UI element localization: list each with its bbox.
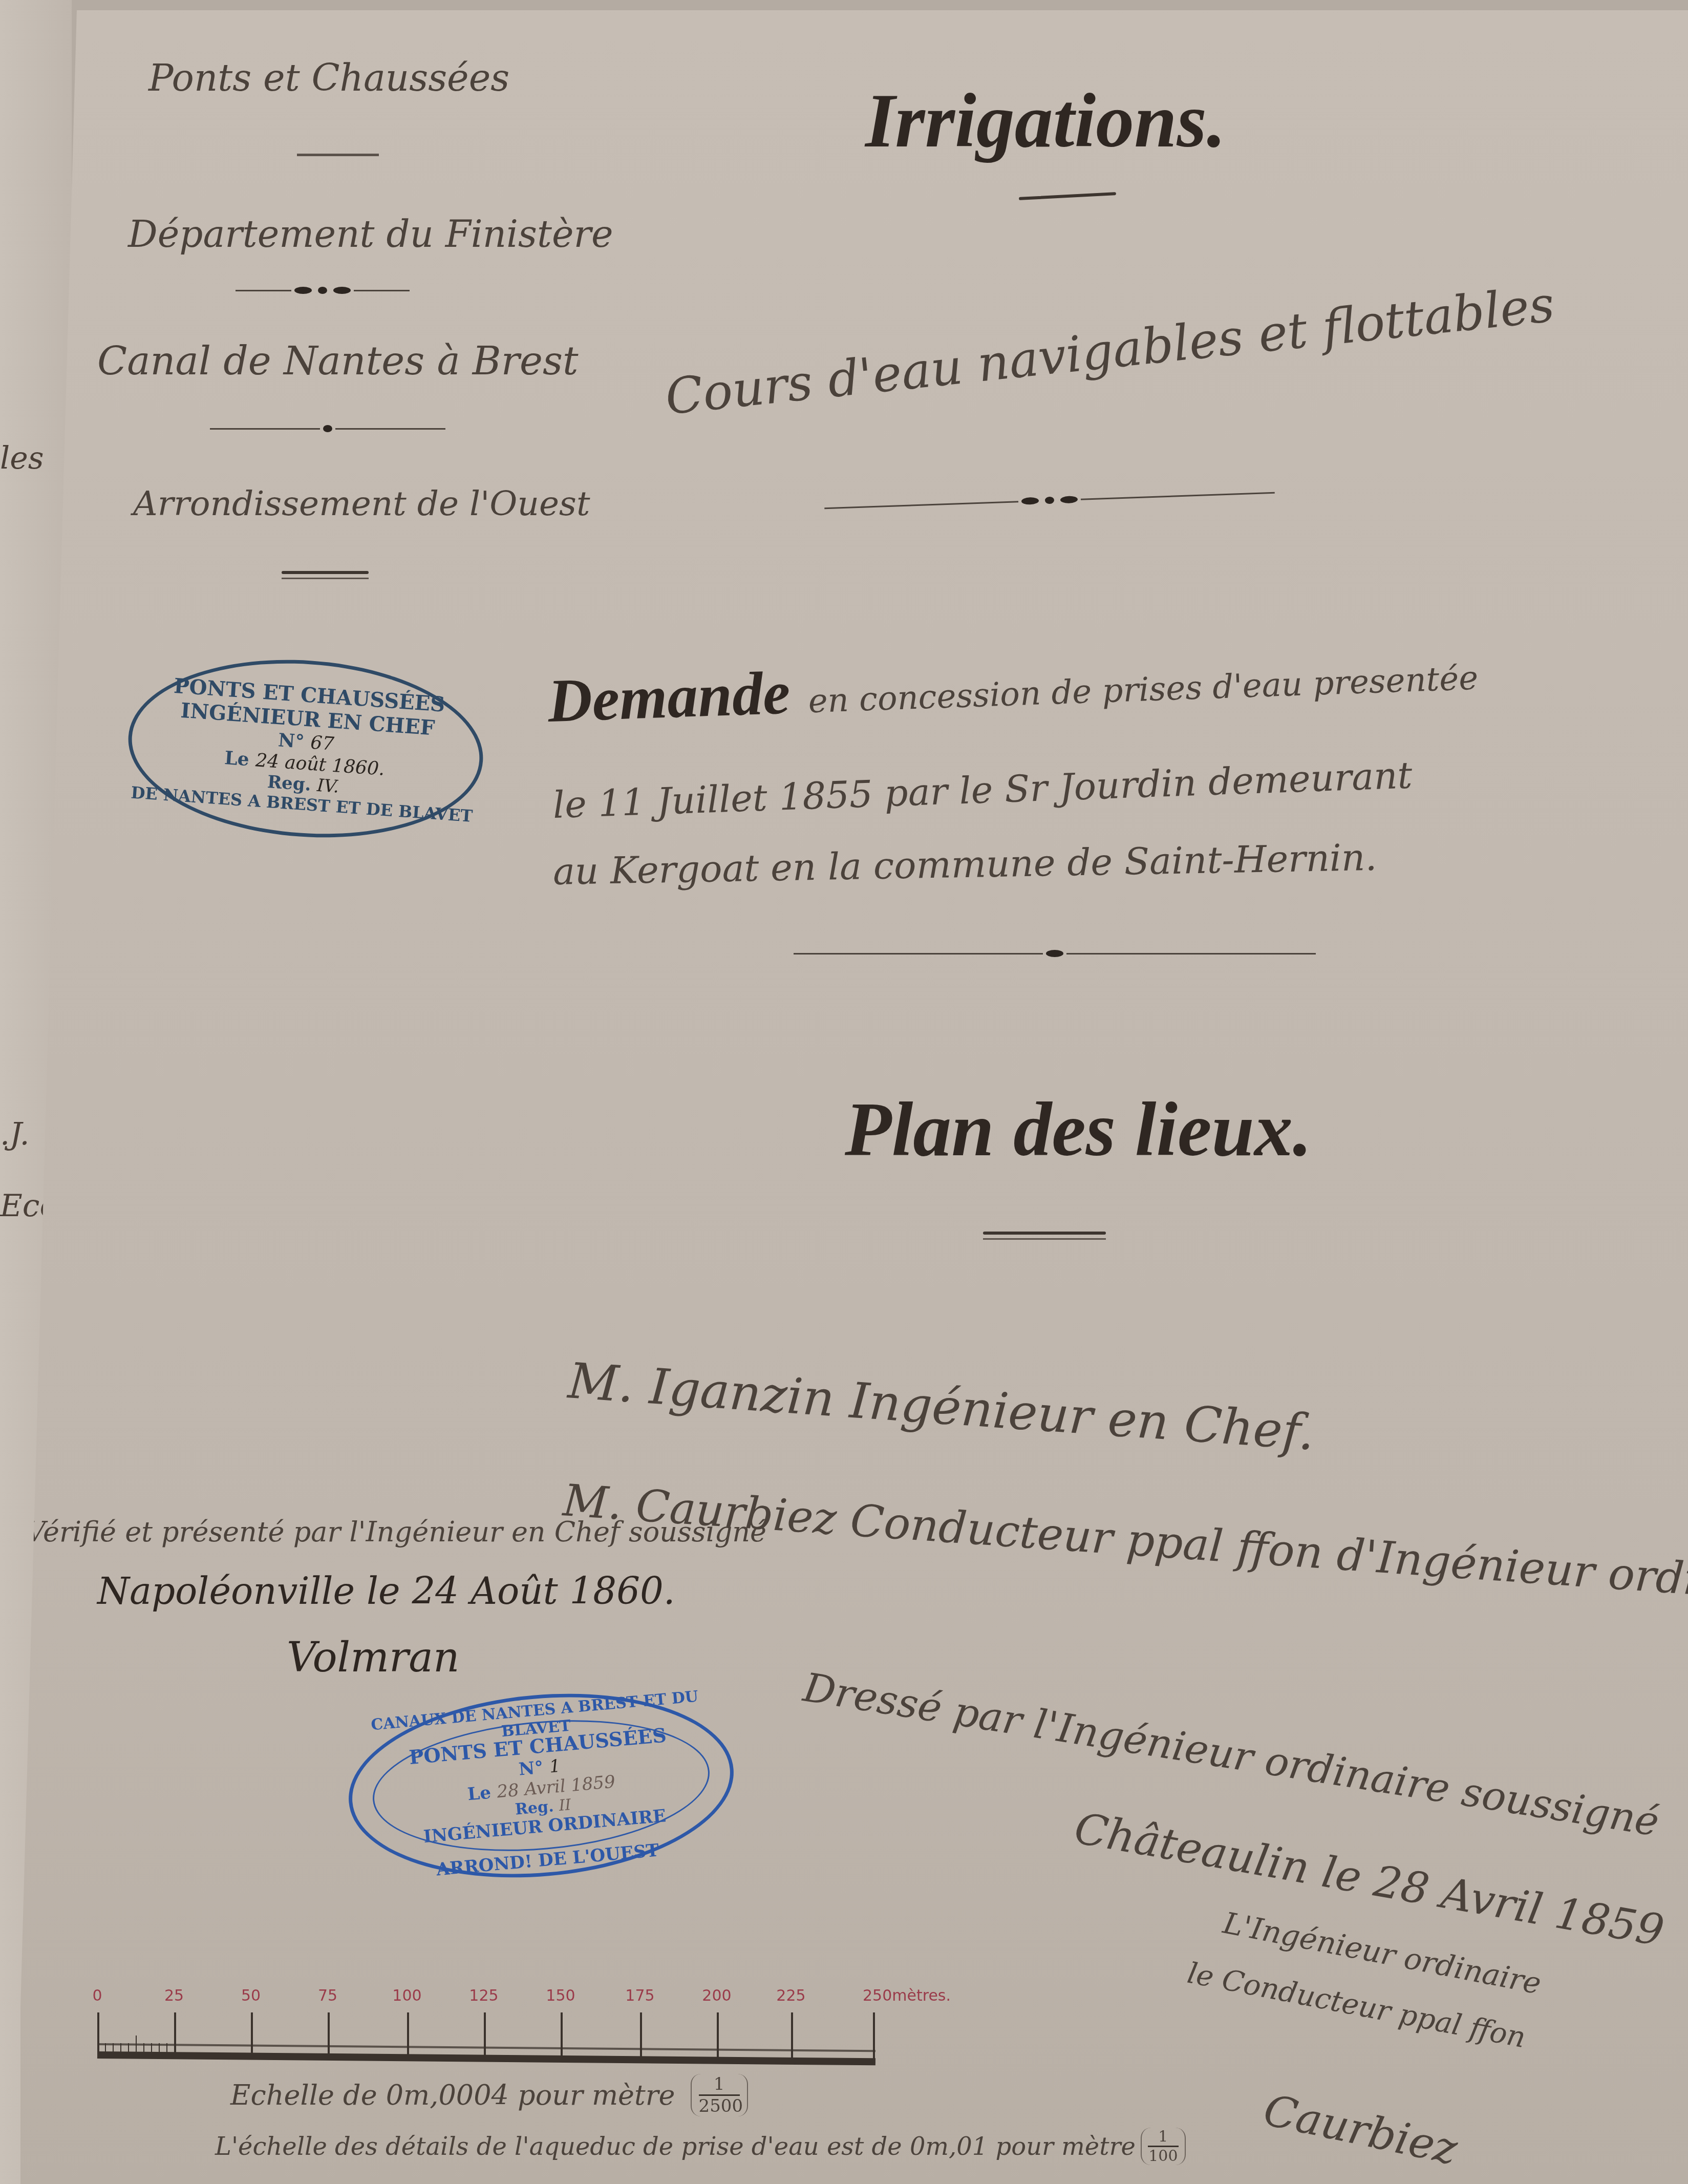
scale-subtick (105, 2043, 106, 2059)
request-line-3: au Kergoat en la commune de Saint-Hernin… (552, 836, 1377, 893)
scale-tick-label: 125 (468, 1987, 499, 2005)
fraction-numerator: 1 (714, 2074, 725, 2094)
scale-caption-1: Echelle de 0m,0004 pour mètre 1 2500 (230, 2074, 748, 2116)
scale-subtick (143, 2043, 144, 2059)
scale-fraction: 1 100 (1141, 2128, 1186, 2165)
scale-tick-label: 25 (159, 1987, 189, 2005)
request-line-1: Demande en concession de prises d'eau pr… (547, 633, 1479, 736)
underlying-text-fragment: .J. (0, 1116, 30, 1152)
scale-tick: 225 (791, 2012, 793, 2059)
plan-title: Plan des lieux. (845, 1086, 1312, 1174)
scale-tick: 125 (484, 2012, 486, 2059)
fraction-numerator: 1 (1158, 2128, 1168, 2146)
divider (297, 154, 379, 156)
double-divider-second (282, 578, 369, 579)
graphic-scale: 0 25 50 75 100 125 150 175 200 225 250mè… (97, 1997, 875, 2059)
double-divider (282, 571, 369, 574)
scale-caption-2: L'échelle des détails de l'aqueduc de pr… (215, 2128, 1186, 2165)
scale-tick: 50 (251, 2012, 253, 2059)
scale-tick-label: 225 (776, 1987, 806, 2005)
subtitle: Cours d'eau navigables et flottables (663, 275, 1557, 426)
ordinary-engineer-stamp: CANAUX DE NANTES A BREST ET DU BLAVET PO… (341, 1679, 741, 1893)
scale-subtick (113, 2043, 114, 2059)
fraction-denominator: 100 (1148, 2146, 1179, 2165)
scale-tick: 100 (407, 2012, 409, 2059)
ornament-divider (824, 489, 1275, 512)
request-text: en concession de prises d'eau presentée (807, 660, 1479, 721)
scale-caption-text: L'échelle des détails de l'aqueduc de pr… (215, 2132, 1136, 2161)
scale-caption-text: Echelle de 0m,0004 pour mètre (230, 2079, 675, 2111)
scale-bar-upper-line (97, 2043, 875, 2052)
ornament-divider (236, 287, 410, 294)
verification-place-date: Napoléonville le 24 Août 1860. (97, 1570, 675, 1613)
verification-text: Vérifié et présenté par l'Ingénieur en C… (26, 1516, 766, 1548)
scale-tick: 175 (640, 2012, 642, 2059)
title-underline (1019, 192, 1116, 200)
ornament-divider (210, 425, 445, 432)
scale-tick: 75 (328, 2012, 330, 2059)
stamp-number: 67 (310, 732, 335, 755)
scale-tick-label: 250mètres. (863, 1987, 965, 2005)
chief-engineer-signature: Volmran (287, 1634, 460, 1681)
scale-bar (97, 2051, 875, 2065)
ornament-divider (794, 950, 1316, 957)
request-line-2: le 11 Juillet 1855 par le Sr Jourdin dem… (552, 753, 1413, 826)
scale-subtick (166, 2043, 167, 2059)
scale-tick: 150 (561, 2012, 563, 2059)
department-label: Département du Finistère (128, 213, 613, 256)
scale-tick: 250mètres. (873, 2012, 875, 2059)
chief-engineer-stamp: PONTS ET CHAUSSÉES INGÉNIEUR EN CHEF N° … (122, 648, 489, 849)
document-page: Ponts et Chaussées Département du Finist… (20, 10, 1688, 2184)
scale-tick-label: 100 (392, 1987, 422, 2005)
stamp-reg-label: Reg. (267, 772, 312, 795)
plan-title-underline (983, 1232, 1106, 1235)
scale-subtick (159, 2043, 160, 2059)
scale-tick-label: 0 (82, 1987, 113, 2005)
scale-tick: 200 (717, 2012, 719, 2059)
canal-label: Canal de Nantes à Brest (97, 338, 579, 384)
underlying-text-fragment: les (0, 440, 44, 476)
drafted-by-text: Dressé par l'Ingénieur ordinaire soussig… (800, 1665, 1662, 1846)
scale-subtick (120, 2043, 121, 2059)
chief-engineer-line: M. Iganzin Ingénieur en Chef. (566, 1352, 1316, 1461)
scale-tick: 0 (97, 2012, 99, 2059)
stamp-number-label: N° (277, 729, 305, 752)
plan-title-underline-second (983, 1238, 1106, 1240)
conductor-signature: Caurbiez (1259, 2085, 1462, 2175)
scale-tick-label: 200 (701, 1987, 732, 2005)
scale-fraction: 1 2500 (691, 2074, 748, 2116)
scale-tick-label: 150 (545, 1987, 576, 2005)
administration-label: Ponts et Chaussées (148, 56, 509, 99)
stamp-reg-value: IV. (316, 775, 340, 797)
district-label: Arrondissement de l'Ouest (133, 484, 590, 523)
scale-subtick (128, 2043, 129, 2059)
scale-tick: 25 (174, 2012, 176, 2059)
scale-subtick (136, 2035, 137, 2059)
scale-tick-label: 175 (625, 1987, 655, 2005)
scale-subtick (151, 2043, 152, 2059)
document-title: Irrigations. (865, 77, 1226, 165)
request-heading: Demande (547, 659, 792, 735)
scale-tick-label: 50 (236, 1987, 266, 2005)
stamp-date-prefix: Le (224, 747, 250, 770)
fraction-denominator: 2500 (699, 2094, 740, 2116)
scale-tick-label: 75 (312, 1987, 343, 2005)
